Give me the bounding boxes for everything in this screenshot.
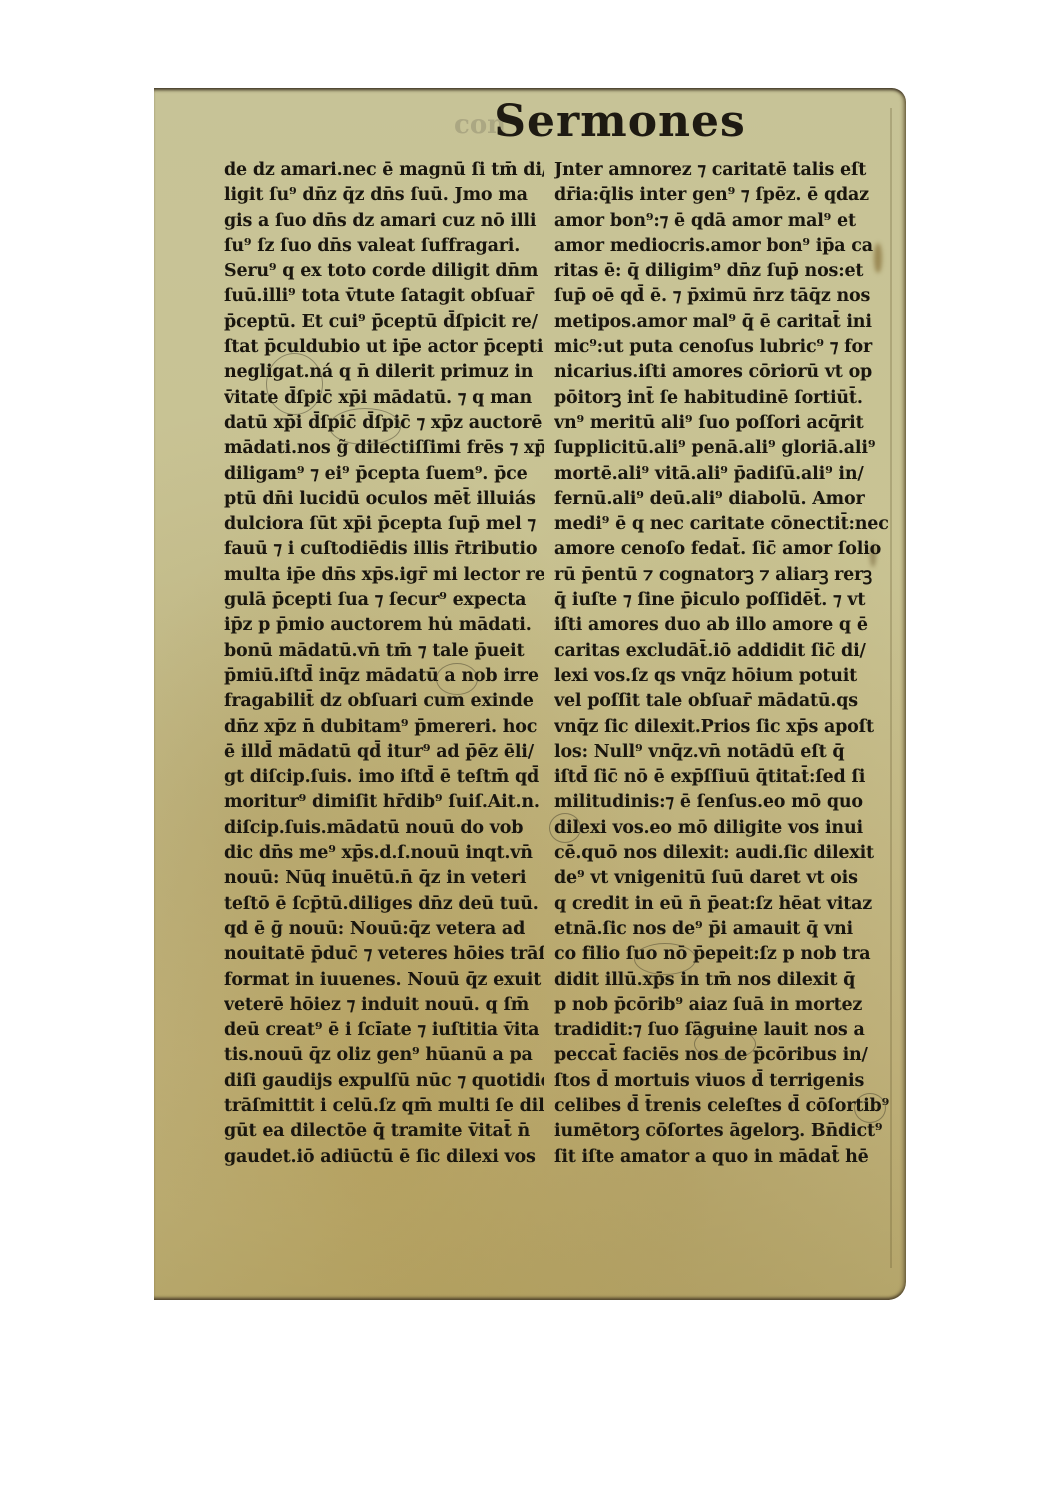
text-line: multa ip̄e dn̄s xp̄s.igr̄ mi lector re [224, 563, 544, 588]
text-column-right: Jnter amnorez ⁊ caritatē talis eſt dr̄ia… [554, 158, 894, 1170]
text-line: p̄miū.iſtd̄ inq̄z mādatū a nob irre [224, 664, 544, 689]
text-line: militudinis:⁊ ē ſenſus.eo mō quo [554, 790, 894, 815]
text-line: deū creat⁹ ē i ſci̇̄ate ⁊ iuſtitia v̄ita [224, 1018, 544, 1043]
text-line: diligam⁹ ⁊ ei⁹ p̄cepta ſuem⁹. p̄ce [224, 462, 544, 487]
text-line: qd ē ḡ nouū: Nouū:q̄z vetera ad [224, 917, 544, 942]
text-line: didit illū.xp̄s in tm̄ nos dilexit q̄ [554, 968, 894, 993]
text-line: ſup̄ oē qd̄ ē. ⁊ p̄ximū n̄rz tāq̄z nos [554, 284, 894, 309]
text-line: gaudet.iō adiūctū ē ſic dilexi vos [224, 1145, 544, 1170]
text-line: vel poſſit tale obſuar̄ mādatū.qs [554, 689, 894, 714]
text-line: diſi gaudijs expulſū nūc ⁊ quotidie [224, 1069, 544, 1094]
text-line: iſti amores duo ab illo amore q ē [554, 613, 894, 638]
text-line: nouitatē p̄duc̄ ⁊ veteres hōies trāſ [224, 942, 544, 967]
text-line: fragabilit̄ dz obſuari cum exinde [224, 689, 544, 714]
running-head: Sermones [154, 96, 906, 147]
text-line: fernū.ali⁹ deū.ali⁹ diabolū. Amor [554, 487, 894, 512]
text-line: moritur⁹ dimiſit hr̄dib⁹ ſuiſ.Ait.n. [224, 790, 544, 815]
text-line: ſit iſte amator a quo in mādat̄ hē [554, 1145, 894, 1170]
text-line: co filio ſuo nō p̄epeit:ſz p nob tra [554, 942, 894, 967]
text-line: vnq̄z ſic dilexit.Prios ſic xp̄s apoſt [554, 715, 894, 740]
text-line: ligit ſu⁹ dn̄z q̄z dn̄s ſuū. Jmo ma [224, 183, 544, 208]
text-line: mortē.ali⁹ vitā.ali⁹ p̄adiſū.ali⁹ in/ [554, 462, 894, 487]
text-line: q̄ iuſte ⁊ ſine p̄iculo poſſidēt̄. ⁊ vt [554, 588, 894, 613]
text-line: dulciora ſūt xp̄i p̄cepta ſup̄ mel ⁊ [224, 512, 544, 537]
text-line: dilexi vos.eo mō diligite vos inui [554, 816, 894, 841]
text-line: dn̄z xp̄z n̄ dubitam⁹ p̄mereri. hoc [224, 715, 544, 740]
text-line: p nob p̄cōrib⁹ aiaz ſuā in mortez [554, 993, 894, 1018]
text-line: etnā.ſic nos de⁹ p̄i amauit q̄ vni [554, 917, 894, 942]
text-line: ē illd̄ mādatū qd̄ itur⁹ ad p̄ēz ēli/ [224, 740, 544, 765]
text-line: v̄itate d̄ſpic̄ xp̄i mādatū. ⁊ q man [224, 386, 544, 411]
text-line: ſtos d̄ mortuis viuos d̄ terrigenis [554, 1069, 894, 1094]
text-line: format in iuuenes. Nouū q̄z exuit [224, 968, 544, 993]
text-line: bonū mādatū.vn̄ tm̄ ⁊ tale p̄ueit [224, 639, 544, 664]
text-line: ſupplicitū.ali⁹ penā.ali⁹ gloriā.ali⁹ [554, 436, 894, 461]
text-line: medi⁹ ē q nec caritate cōnectit̄:nec [554, 512, 894, 537]
text-line: ritas ē: q̄ diligim⁹ dn̄z ſup̄ nos:et [554, 259, 894, 284]
text-line: ſtat p̄culdubio ut ip̄e actor p̄cepti [224, 335, 544, 360]
text-line: metipos.amor mal⁹ q̄ ē caritat̄ ini [554, 310, 894, 335]
text-line: iumētorꝫ cōſortes āgelorꝫ. Bn̄dict⁹ [554, 1119, 894, 1144]
text-line: tradidit:⁊ ſuo ſāguine lauit nos a [554, 1018, 894, 1043]
text-line: lexi vos.ſz qs vnq̄z hōium potuit [554, 664, 894, 689]
text-line: gt diſcip.ſuis. imo iſtd̄ ē teſtm̄ qd̄ [224, 765, 544, 790]
text-line: fauū ⁊ i cuſtodiēdis illis r̄tributio [224, 537, 544, 562]
text-line: de dz amari.nec ē magnū ſi tm̄ di/ [224, 158, 544, 183]
text-line: teſtō ē ſcp̄tū.diliges dn̄z deū tuū. [224, 892, 544, 917]
text-line: nouū: Nūq inuētū.n̄ q̄z in veteri [224, 866, 544, 891]
text-line: pōitorꝫ int̄ ſe habitudinē ſortiūt̄. [554, 386, 894, 411]
text-line: gūt ea dilectōe q̄ tramite v̄itat̄ n̄ [224, 1119, 544, 1144]
text-line: ip̄z p p̄mio auctorem hu̇ mādati. [224, 613, 544, 638]
text-line: veterē hōiez ⁊ induit nouū. q ſm̄ [224, 993, 544, 1018]
text-line: dic dn̄s me⁹ xp̄s.d.ſ.nouū inqt.vn̄ [224, 841, 544, 866]
text-line: ſu⁹ ſz ſuo dn̄s valeat ſuffragari. [224, 234, 544, 259]
text-line: celibes d̄ t̄renis celeſtes d̄ cōſortib⁹ [554, 1094, 894, 1119]
text-column-left: de dz amari.nec ē magnū ſi tm̄ di/ ligit… [224, 158, 544, 1170]
text-line: mic⁹:ut puta cenoſus lubric⁹ ⁊ for [554, 335, 894, 360]
text-line: diſcip.ſuis.mādatū nouū do vob [224, 816, 544, 841]
text-line: amore cenoſo fedat̄. ſic̄ amor ſolio [554, 537, 894, 562]
text-line: amor bon⁹:⁊ ē qdā amor mal⁹ et [554, 209, 894, 234]
text-line: caritas excludāt̄.iō addidit ſic̄ di/ [554, 639, 894, 664]
text-line: dr̄ia:q̄lis inter gen⁹ ⁊ ſpēz. ē qdaz [554, 183, 894, 208]
text-line: mādati.nos g̃ dilectiſſimi frēs ⁊ xp̄z [224, 436, 544, 461]
book-page: con Sermones de dz amari.nec ē magnū ſi … [154, 88, 906, 1300]
text-line: nicarius.iſti amores cōriorū vt op [554, 360, 894, 385]
text-line: p̄ceptū. Et cui⁹ p̄ceptū d̄ſpicit re/ [224, 310, 544, 335]
text-line: iſtd̄ ſic̄ nō ē exp̄ſſiuū q̄titat̄:ſed ſ… [554, 765, 894, 790]
text-line: ſuū.illi⁹ tota v̄tute ſatagit obſuar̄ [224, 284, 544, 309]
text-line: datū xp̄i d̄ſpic̄ d̄ſpic̄ ⁊ xp̄z auctorē [224, 411, 544, 436]
text-line: tis.nouū q̄z oliz gen⁹ hūanū a pa [224, 1043, 544, 1068]
text-line: trāſmittit i celū.ſz qm̄ multi ſe dili [224, 1094, 544, 1119]
text-line: negligat.ná q n̄ dilerit primuz in [224, 360, 544, 385]
text-line: peccat̄ faciēs nos de p̄cōribus in/ [554, 1043, 894, 1068]
text-line: rū p̄entū ⁊ cognatorꝫ ⁊ aliarꝫ rerꝫ [554, 563, 894, 588]
text-line: gulā p̄cepti ſua ⁊ ſecur⁹ expecta [224, 588, 544, 613]
text-line: amor mediocris.amor bon⁹ ip̄a ca [554, 234, 894, 259]
text-line: Jnter amnorez ⁊ caritatē talis eſt [554, 158, 894, 183]
text-line: ptū dn̄i lucidū oculos mēt̄ illuiás [224, 487, 544, 512]
text-line: de⁹ vt vnigenitū ſuū daret vt ois [554, 866, 894, 891]
text-line: gis a ſuo dn̄s dz amari cuz nō illi [224, 209, 544, 234]
text-line: los: Null⁹ vnq̄z.vn̄ notādū eſt q̄ [554, 740, 894, 765]
text-line: Seru⁹ q ex toto corde diligit dn̄m [224, 259, 544, 284]
text-line: cē.quō nos dilexit: audi.ſic dilexit [554, 841, 894, 866]
text-line: vn⁹ meritū ali⁹ ſuo poſſori acq̄rit [554, 411, 894, 436]
text-line: q credit in eū n̄ p̄eat:ſz hēat vitaz [554, 892, 894, 917]
